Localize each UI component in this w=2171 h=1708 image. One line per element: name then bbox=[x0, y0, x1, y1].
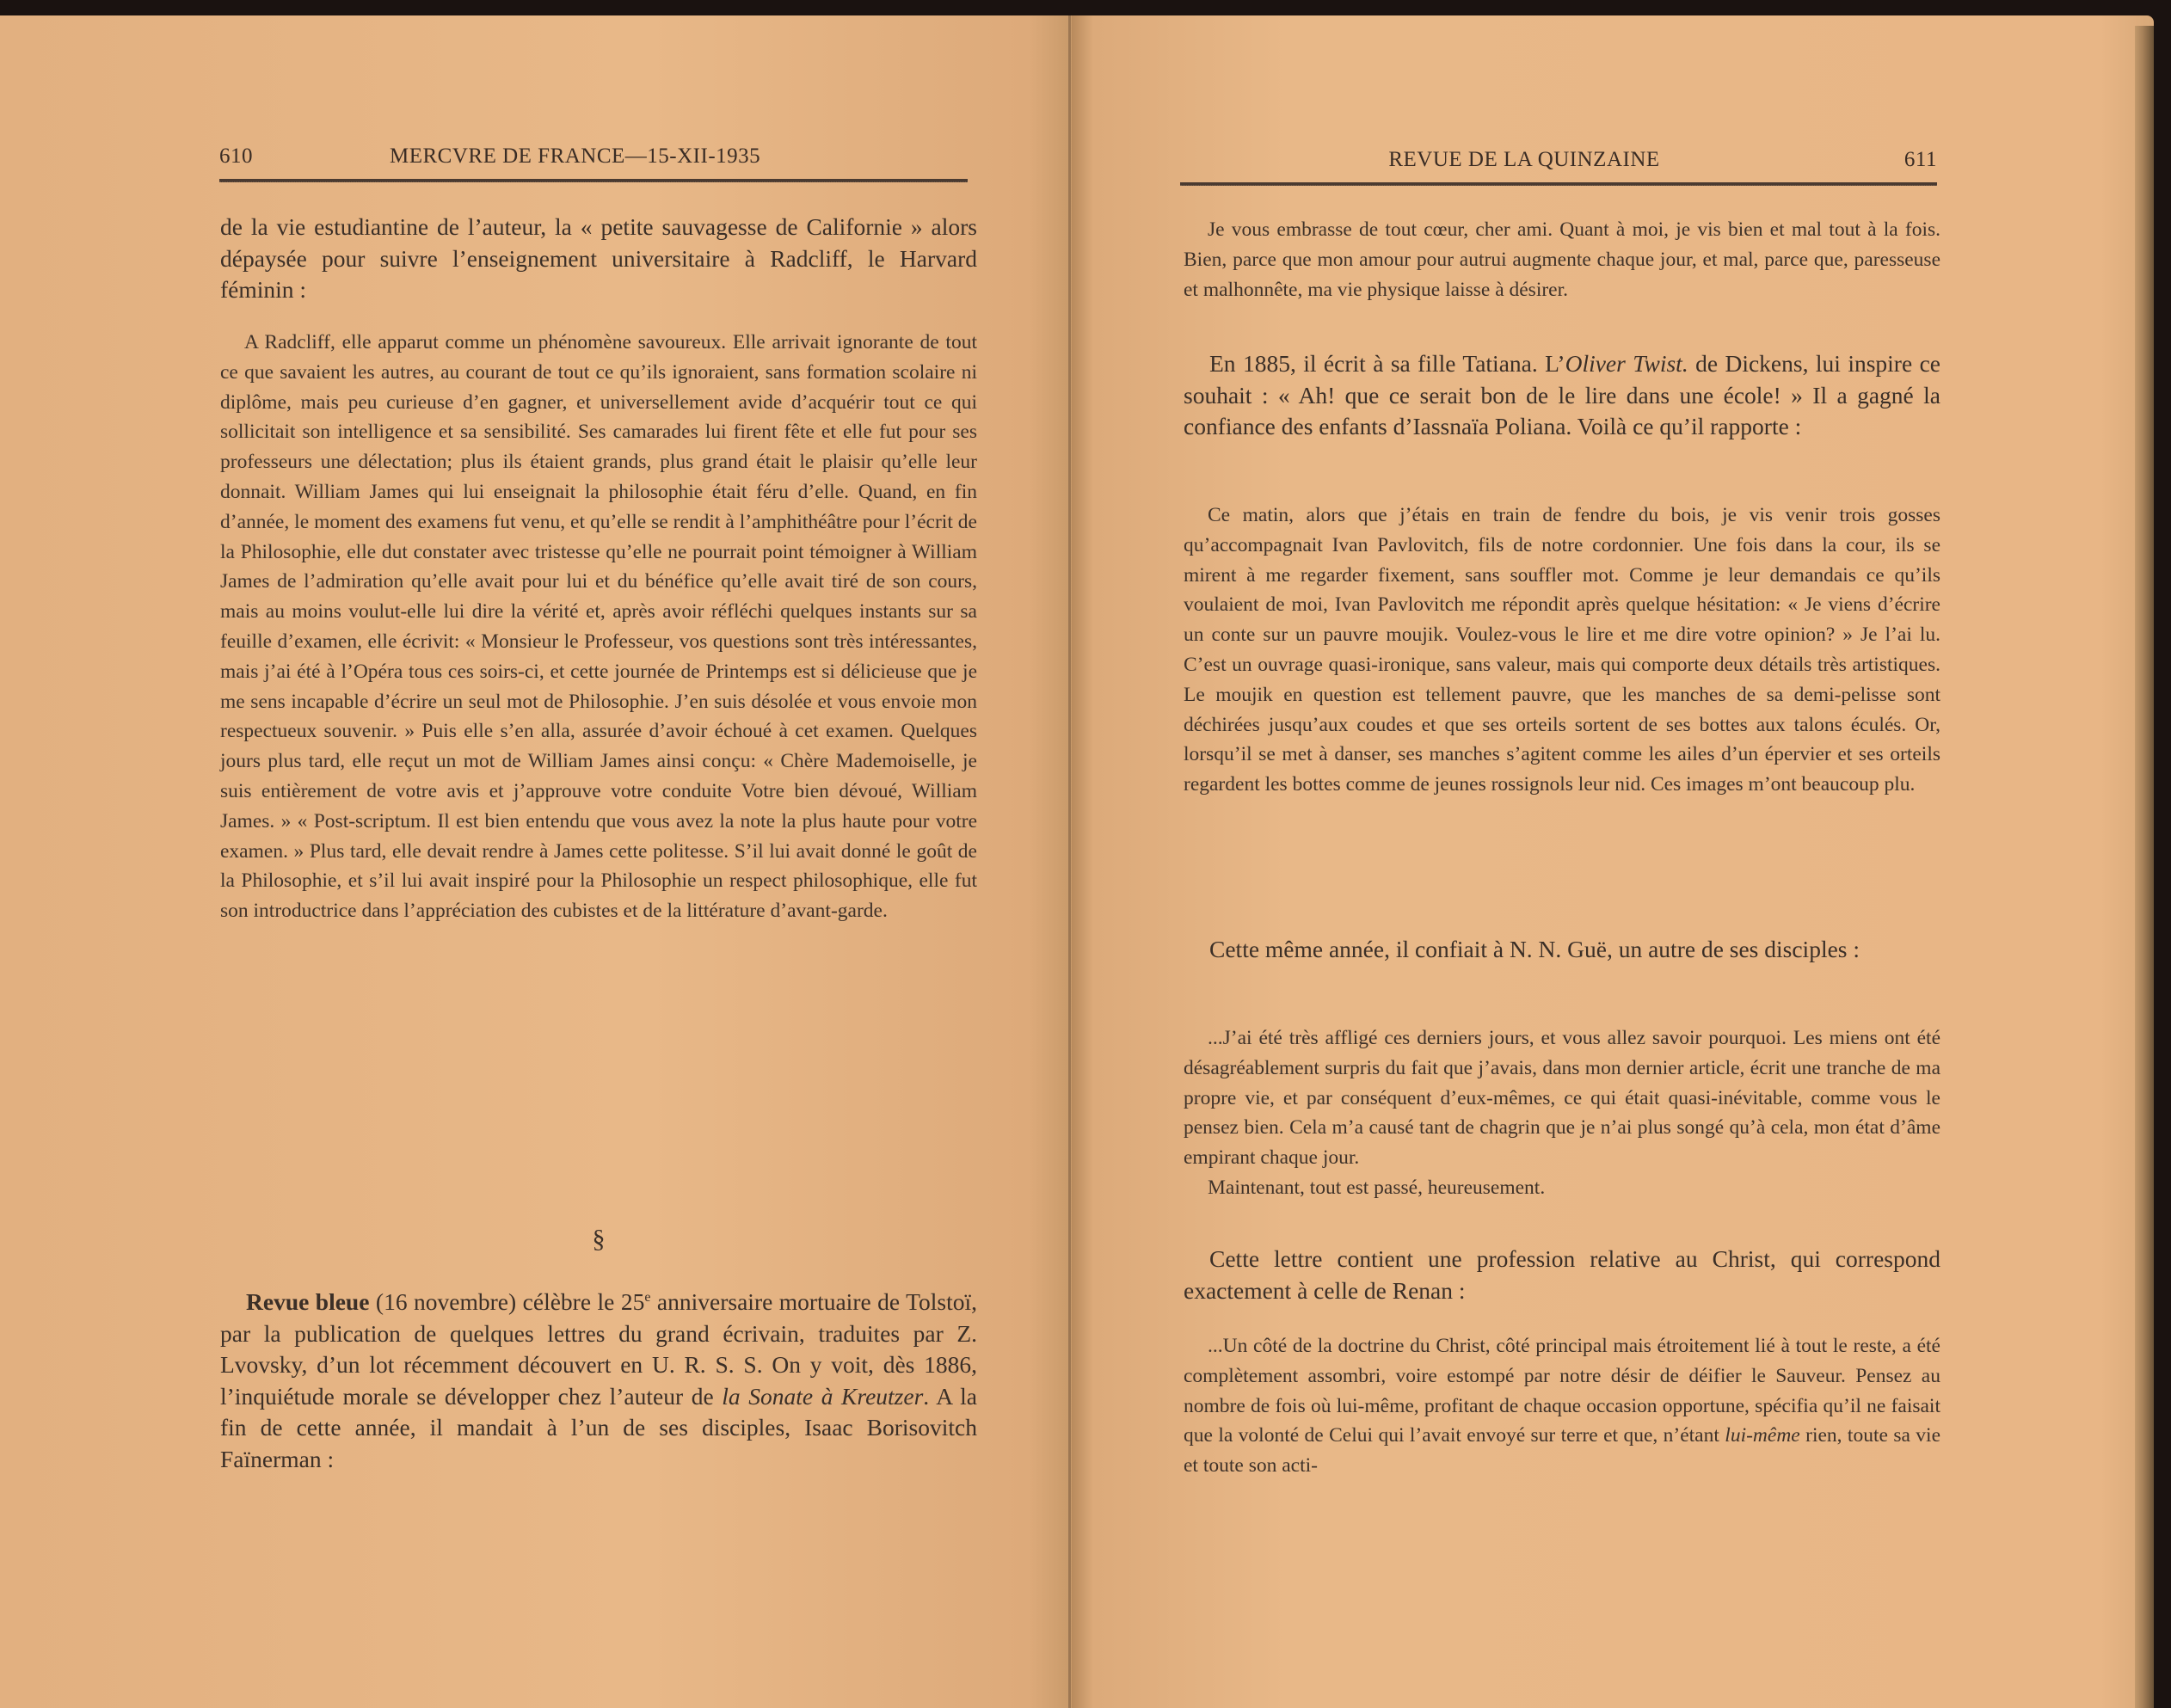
paragraph-tatiana: En 1885, il écrit à sa fille Tatiana. L’… bbox=[1184, 348, 1940, 443]
running-head-title-left: MERCVRE DE FRANCE—15-XII-1935 bbox=[323, 144, 968, 169]
paragraph-continuation: de la vie estudiantine de l’auteur, la «… bbox=[220, 212, 977, 306]
page-number-left: 610 bbox=[219, 144, 323, 169]
paragraph-revue-bleue: Revue bleue (16 novembre) célèbre le 25e… bbox=[220, 1282, 977, 1475]
header-rule-right bbox=[1180, 182, 1937, 186]
quoted-letter-gue-closing: Maintenant, tout est passé, heureusement… bbox=[1184, 1173, 1940, 1203]
paragraph-renan: Cette lettre contient une profession rel… bbox=[1184, 1244, 1940, 1306]
quoted-letter-gue: ...J’ai été très affligé ces derniers jo… bbox=[1184, 1023, 1940, 1203]
left-page: 610 MERCVRE DE FRANCE—15-XII-1935 de la … bbox=[0, 15, 1072, 1708]
book-spread: 610 MERCVRE DE FRANCE—15-XII-1935 de la … bbox=[0, 15, 2171, 1708]
page-stack-edge bbox=[2135, 26, 2154, 1708]
book-gutter bbox=[1068, 15, 1071, 1708]
work-title-italic: la Sonate à Kreutzer bbox=[722, 1383, 923, 1410]
page-number-right: 611 bbox=[1851, 148, 1937, 172]
paragraph-gue: Cette même année, il confiait à N. N. Gu… bbox=[1184, 934, 1860, 966]
quoted-letter-gue-body: ...J’ai été très affligé ces derniers jo… bbox=[1184, 1023, 1940, 1173]
quoted-passage-moujik: Ce matin, alors que j’étais en train de … bbox=[1184, 501, 1940, 800]
quoted-passage-radcliff: A Radcliff, elle apparut comme un phénom… bbox=[220, 328, 977, 926]
work-title-italic: Oliver Twist. bbox=[1565, 350, 1688, 377]
emphasis-italic: lui-même bbox=[1725, 1424, 1799, 1447]
section-mark: § bbox=[220, 1225, 977, 1254]
header-rule-left bbox=[219, 179, 968, 182]
quoted-passage-christ: ...Un côté de la doctrine du Christ, côt… bbox=[1184, 1331, 1940, 1481]
running-head-title-right: REVUE DE LA QUINZAINE bbox=[1180, 148, 1851, 172]
journal-title-bold: Revue bleue bbox=[246, 1288, 369, 1315]
running-head-left: 610 MERCVRE DE FRANCE—15-XII-1935 bbox=[219, 144, 968, 169]
running-head-right: REVUE DE LA QUINZAINE 611 bbox=[1180, 148, 1937, 172]
quoted-letter-faynerman: Je vous embrasse de tout cœur, cher ami.… bbox=[1184, 215, 1940, 304]
